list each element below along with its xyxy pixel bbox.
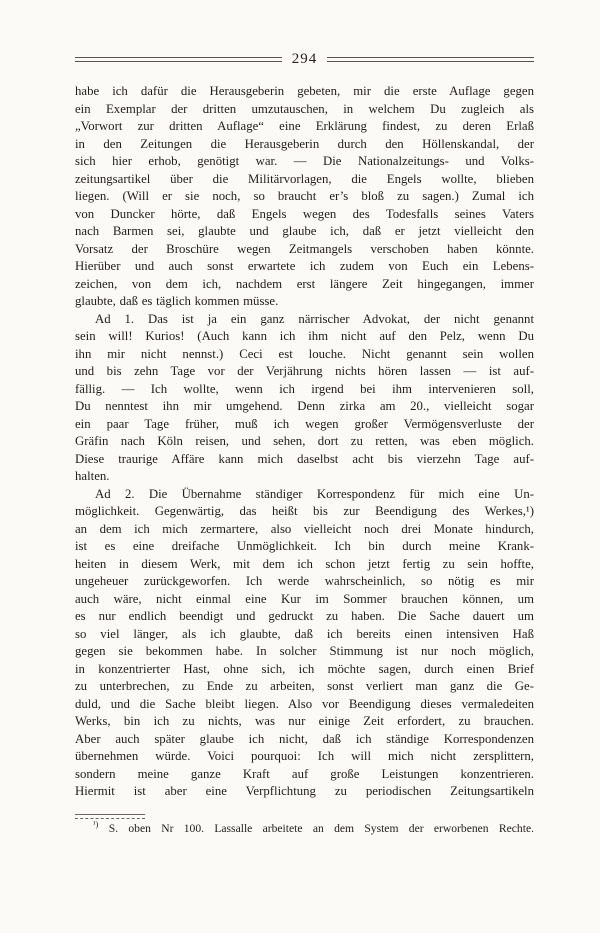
footnote: ¹) S. oben Nr 100. Lassalle arbeitete an…	[75, 821, 534, 836]
text-line: in den Zeitungen die Herausgeberin durch…	[75, 136, 534, 154]
text-line: Diese traurige Affäre kann mich daselbst…	[75, 451, 534, 469]
text-line: zeitungsartikel über die Militärvorlagen…	[75, 171, 534, 189]
paragraph-ad-1: Ad 1. Das ist ja ein ganz närrischer Adv…	[75, 311, 534, 486]
paragraph-ad-2: Ad 2. Die Übernahme ständiger Korrespond…	[75, 486, 534, 801]
page-number: 294	[282, 52, 328, 67]
page-header: 294	[75, 52, 534, 67]
footnote-marker: ¹)	[93, 819, 98, 829]
text-line: zu unterbrechen, zu Ende zu arbeiten, so…	[75, 678, 534, 696]
text-line: ihn mir nicht nennst.) Ceci est louche. …	[75, 346, 534, 364]
text-line: ein Exemplar der dritten umzutauschen, i…	[75, 101, 534, 119]
text-line: fällig. — Ich wollte, wenn ich irgend be…	[75, 381, 534, 399]
footnote-separator	[75, 814, 145, 819]
book-page: 294 habe ich dafür die Herausgeberin geb…	[0, 0, 600, 933]
text-block: habe ich dafür die Herausgeberin gebeten…	[75, 83, 534, 801]
paragraph-continuation: habe ich dafür die Herausgeberin gebeten…	[75, 83, 534, 311]
text-line: ungeheuer zurückgeworfen. Ich werde wahr…	[75, 573, 534, 591]
text-line: ist es eine dreifache Unmöglichkeit. Ich…	[75, 538, 534, 556]
text-line: Du nenntest ihn mir umgehend. Denn zirka…	[75, 398, 534, 416]
text-line: Hiermit ist aber eine Verpflichtung zu p…	[75, 783, 534, 801]
text-line: so viel länger, als ich glaubte, daß ich…	[75, 626, 534, 644]
text-line: in konzentrierter Hast, ohne sich, ich m…	[75, 661, 534, 679]
text-line: nach Barmen sei, glaubte und glaube ich,…	[75, 223, 534, 241]
text-line: Ad 2. Die Übernahme ständiger Korrespond…	[75, 486, 534, 504]
text-line: sein will! Kurios! (Auch kann ich ihm ni…	[75, 328, 534, 346]
text-line: gegen sie bekommen habe. In solcher Stim…	[75, 643, 534, 661]
text-line: Ad 1. Das ist ja ein ganz närrischer Adv…	[75, 311, 534, 329]
header-rule-right	[327, 57, 534, 62]
text-line: möglichkeit. Gegenwärtig, das heißt bis …	[75, 503, 534, 521]
text-line: Aber auch später glaube ich nicht, daß i…	[75, 731, 534, 749]
text-line: an dem ich mich zermartere, also viellei…	[75, 521, 534, 539]
text-line: es nur endlich beendigt und gedruckt zu …	[75, 608, 534, 626]
text-line: heiten in diesem Werk, mit dem ich schon…	[75, 556, 534, 574]
text-line: von Duncker hörte, daß Engels wegen des …	[75, 206, 534, 224]
text-line: liegen. (Will er sie noch, so braucht er…	[75, 188, 534, 206]
text-line: sich hier erhob, genötigt war. — Die Nat…	[75, 153, 534, 171]
text-line: auch wäre, nicht einmal eine Kur im Somm…	[75, 591, 534, 609]
text-line: duld, und die Sache bleibt liegen. Also …	[75, 696, 534, 714]
header-rule-left	[75, 57, 282, 62]
text-line: Gräfin nach Köln reisen, und sehen, dort…	[75, 433, 534, 451]
text-line: habe ich dafür die Herausgeberin gebeten…	[75, 83, 534, 101]
text-line: „Vorwort zur dritten Auflage“ eine Erklä…	[75, 118, 534, 136]
text-line: zeichen, von dem ich, nachdem erst länge…	[75, 276, 534, 294]
text-line: sondern meine ganze Kraft auf große Leis…	[75, 766, 534, 784]
text-line: übernehmen würde. Voici pourquoi: Ich wi…	[75, 748, 534, 766]
text-line: und bis zehn Tage vor der Verjährung nic…	[75, 363, 534, 381]
text-line: Vorsatz der Broschüre wegen Zeitmangels …	[75, 241, 534, 259]
text-line: Hierüber und auch sonst erwartete ich zu…	[75, 258, 534, 276]
text-line: ein paar Tage früher, muß ich wegen groß…	[75, 416, 534, 434]
text-line: halten.	[75, 468, 534, 486]
text-line: Werks, bin ich zu nichts, was nur einige…	[75, 713, 534, 731]
footnote-text: S. oben Nr 100. Lassalle arbeitete an de…	[109, 822, 534, 835]
text-line: glaubte, daß es täglich kommen müsse.	[75, 293, 534, 311]
